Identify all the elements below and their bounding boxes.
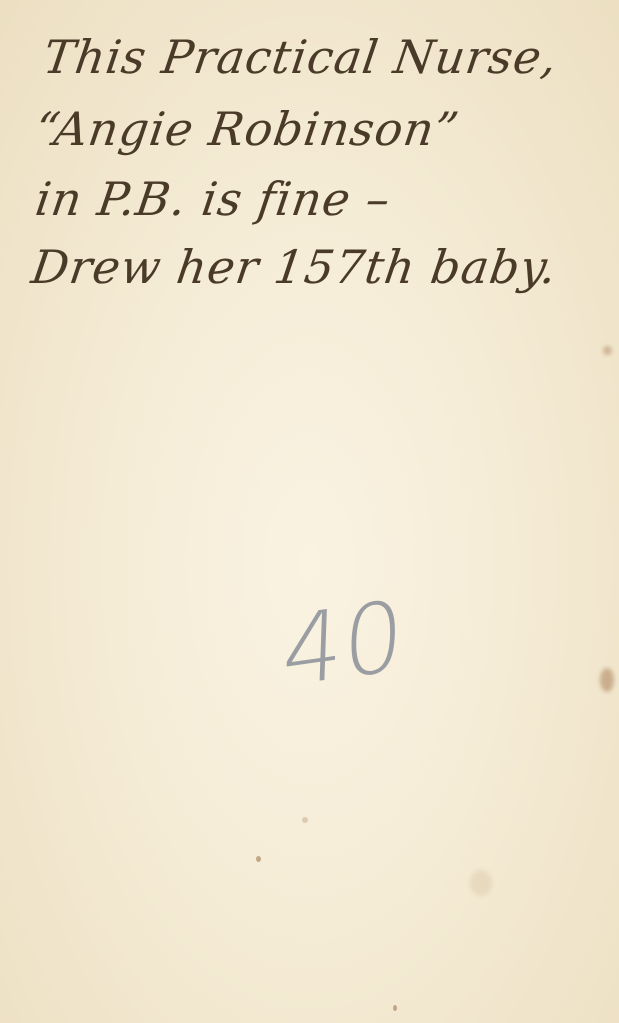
inscription-line-3: in P.B. is fine – (32, 172, 394, 226)
inscription-line-4: Drew her 157th baby. (28, 240, 560, 294)
paper-stain (470, 870, 492, 896)
paper-speck (256, 856, 261, 862)
inscription-line-1: This Practical Nurse, (40, 30, 561, 84)
paper-stain (603, 346, 612, 355)
paper-speck (393, 1005, 397, 1011)
paper-speck (302, 817, 308, 823)
paper-stain (600, 668, 614, 692)
inscription-line-2: “Angie Robinson” (32, 102, 463, 156)
card-back: This Practical Nurse, “Angie Robinson” i… (0, 0, 619, 1023)
pencil-number: 40 (281, 579, 406, 710)
